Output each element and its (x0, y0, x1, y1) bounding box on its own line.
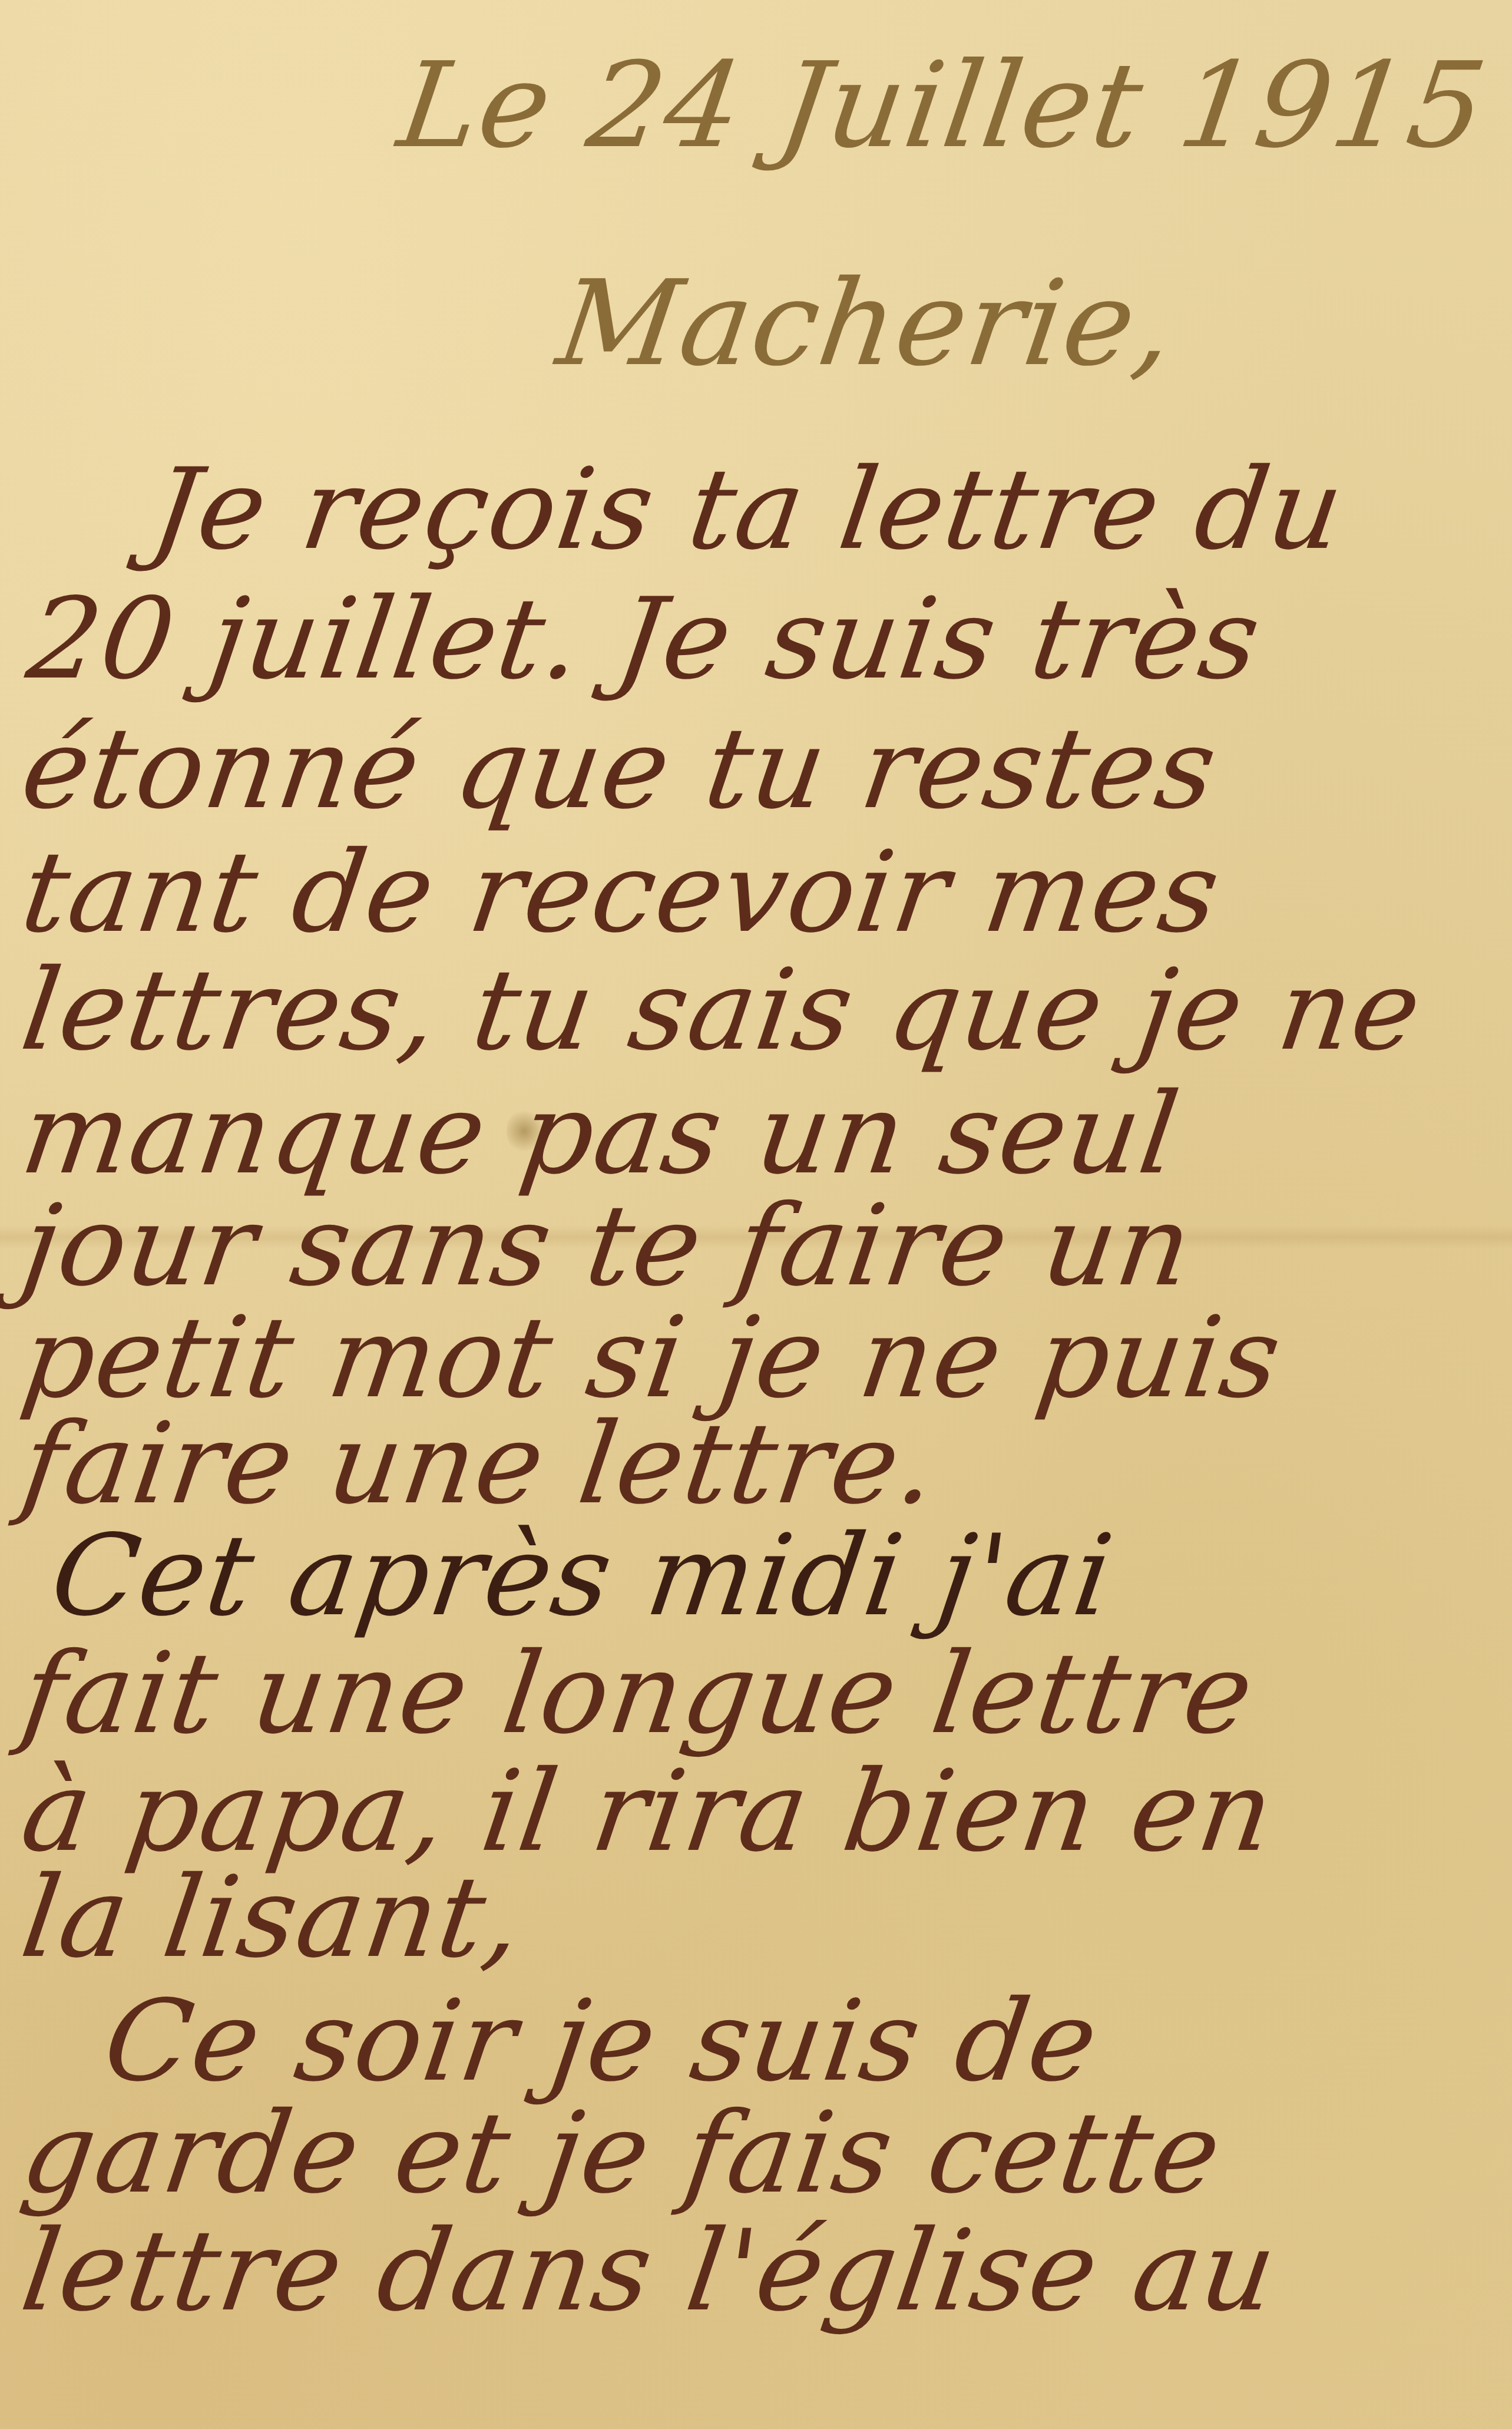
body-line-4: tant de recevoir mes (16, 837, 1227, 949)
body-line-8: petit mot si je ne puis (16, 1302, 1288, 1414)
body-line-6: manque pas un seul (16, 1078, 1186, 1190)
body-line-13: la lisant, (16, 1862, 530, 1974)
body-line-10: Cet après midi j'ai (45, 1520, 1120, 1632)
body-line-15: garde et je fais cette (16, 2097, 1228, 2209)
body-line-3: étonné que tu restes (16, 713, 1223, 825)
body-line-14: Ce soir je suis de (98, 1985, 1105, 2097)
body-line-7: jour sans te faire un (16, 1190, 1199, 1302)
salutation: Macherie, (551, 265, 1182, 383)
body-line-9: faire une lettre. (16, 1408, 944, 1520)
body-line-1: Je reçois ta lettre du (145, 454, 1351, 566)
body-line-16: lettre dans l'église au (16, 2215, 1283, 2327)
body-line-5: lettres, tu sais que je ne (16, 954, 1428, 1066)
body-line-12: à papa, il rira bien en (16, 1756, 1281, 1868)
body-line-2: 20 juillet. Je suis très (22, 583, 1268, 695)
date-line: Le 24 Juillet 1915 (392, 47, 1493, 165)
body-line-11: fait une longue lettre (16, 1638, 1260, 1750)
letter-page: Le 24 Juillet 1915 Macherie, Je reçois t… (0, 0, 1512, 2429)
